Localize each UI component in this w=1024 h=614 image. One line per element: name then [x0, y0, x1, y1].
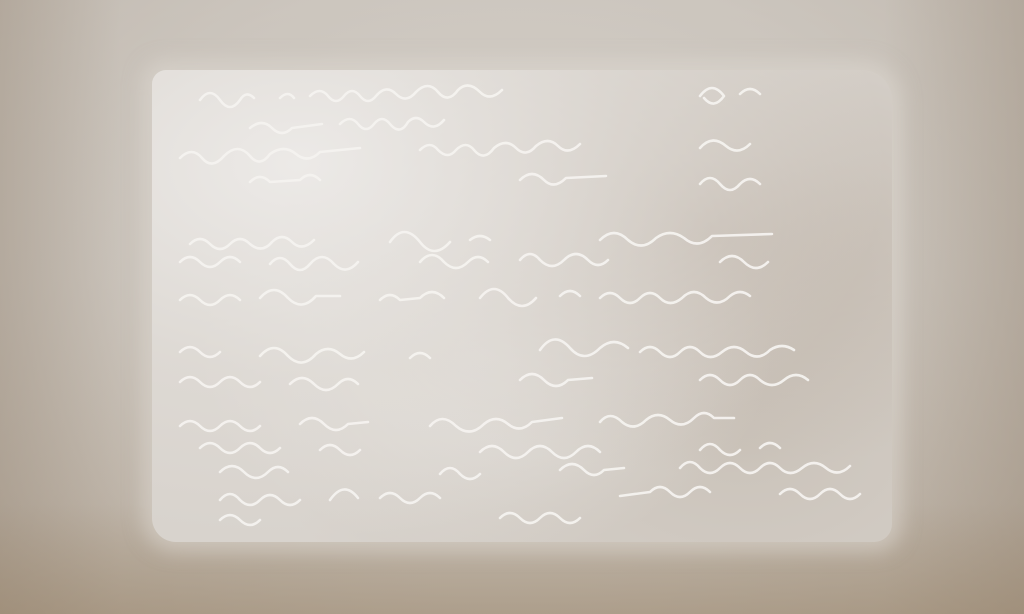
script-line-4: [250, 174, 760, 190]
script-line-12: [220, 462, 850, 479]
script-line-1: [200, 85, 760, 107]
script-line-6: [180, 254, 768, 270]
script-line-14: [220, 513, 580, 525]
script-line-8: [180, 339, 794, 362]
script-line-3: [180, 140, 750, 163]
handwriting-scribbles: [0, 0, 1024, 614]
artwork-canvas: [0, 0, 1024, 614]
script-line-5: [190, 232, 772, 251]
script-line-2: [250, 118, 444, 133]
script-line-11: [200, 443, 780, 458]
script-line-10: [180, 413, 734, 432]
script-line-9: [180, 374, 808, 390]
script-line-7: [180, 289, 750, 306]
script-line-13: [220, 487, 860, 505]
